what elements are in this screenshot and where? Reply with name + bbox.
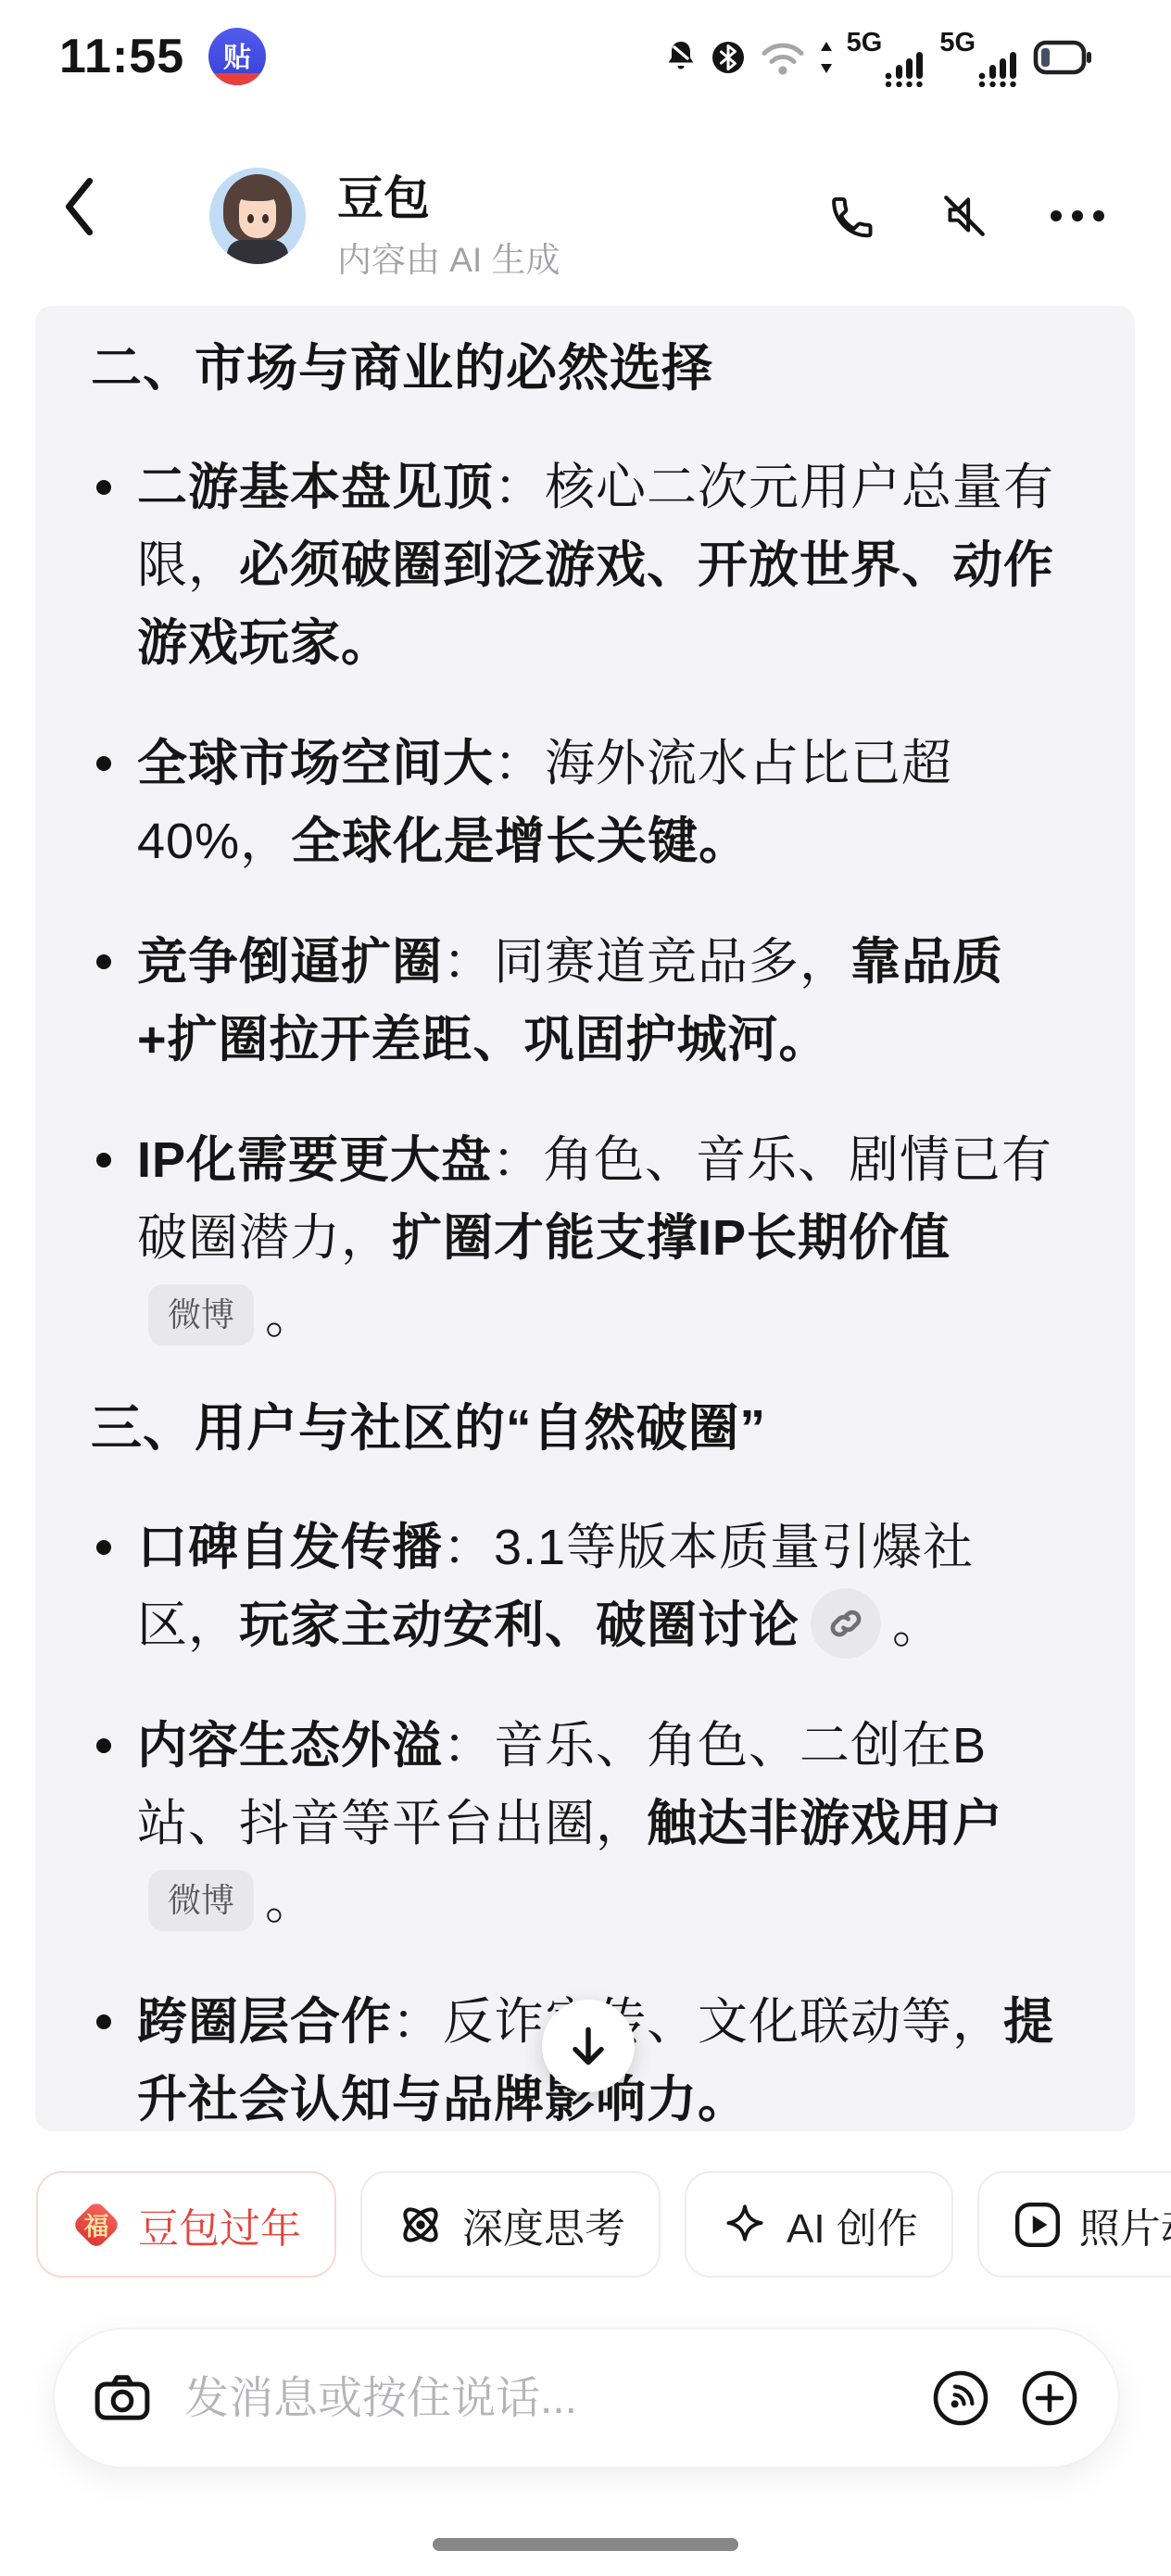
phone-icon — [826, 189, 880, 243]
bullet-lead-text: 全球化是增长关键。 — [291, 814, 749, 869]
bullet-item: 二游基本盘见顶：核心二次元用户总量有限，必须破圈到泛游戏、开放世界、动作游戏玩家… — [91, 448, 1073, 682]
chip-label: 豆包过年 — [138, 2195, 301, 2254]
bullet-lead-text: 内容生态外溢 — [137, 1718, 443, 1774]
bullet-text: 。 — [892, 1597, 943, 1653]
section-heading: 三、用户与社区的“自然破圈” — [91, 1397, 1089, 1458]
bullet-text: ：反诈宣传、文化联动等， — [392, 1994, 1003, 2050]
bullet-item: IP化需要更大盘：角色、音乐、剧情已有破圈潜力，扩圈才能支撑IP长期价值微博。 — [91, 1121, 1073, 1355]
bullet-lead-text: 触达非游戏用户 — [647, 1796, 1003, 1851]
status-bar: 11:55 贴 5G 5G — [0, 0, 1171, 111]
bullet-lead-text: 全球市场空间大 — [137, 736, 494, 791]
chat-title: 豆包 — [337, 172, 560, 224]
atom-icon — [396, 2200, 446, 2250]
source-badge[interactable]: 微博 — [148, 1284, 254, 1345]
bullet-lead-text: 口碑自发传播 — [137, 1520, 443, 1575]
voice-mode-button[interactable] — [931, 2368, 990, 2428]
back-button[interactable] — [57, 165, 102, 248]
chip-AI 创作[interactable]: AI 创作 — [685, 2171, 953, 2278]
bullet-lead-text: 必须破圈到泛游戏、开放世界、动作游戏玩家。 — [137, 537, 1054, 671]
chip-深度思考[interactable]: 深度思考 — [360, 2171, 661, 2278]
arrow-down-icon — [565, 2023, 611, 2069]
voice-wave-icon — [931, 2368, 990, 2428]
source-badge[interactable]: 微博 — [148, 1870, 254, 1931]
bullet-lead-text: 二游基本盘见顶 — [137, 460, 494, 515]
bullet-lead-text: 玩家主动安利、破圈讨论 — [239, 1597, 800, 1653]
chip-label: 深度思考 — [462, 2195, 625, 2254]
bullet-text: ：同赛道竞品多， — [443, 934, 850, 990]
data-arrows-icon — [820, 40, 833, 75]
avatar[interactable] — [209, 168, 306, 264]
bullet-text: 。 — [265, 1288, 316, 1344]
bullet-item: 全球市场空间大：海外流水占比已超40%，全球化是增长关键。 — [91, 725, 1073, 880]
bluetooth-icon — [711, 40, 746, 75]
bullet-lead-text: 竞争倒逼扩圈 — [137, 934, 443, 990]
quick-action-bar: 福豆包过年深度思考AI 创作照片动 — [36, 2171, 1171, 2281]
clock-time: 11:55 — [59, 29, 184, 84]
signal-sim2: 5G — [939, 28, 1019, 87]
fu-badge-icon: 福 — [71, 2200, 121, 2250]
bullet-item: 竞争倒逼扩圈：同赛道竞品多，靠品质+扩圈拉开差距、巩固护城河。 — [91, 923, 1073, 1079]
section-heading: 二、市场与商业的必然选择 — [91, 337, 1089, 398]
signal-sim1: 5G — [847, 28, 926, 87]
home-indicator[interactable] — [433, 2538, 738, 2551]
sparkle-icon — [720, 2202, 770, 2248]
chip-豆包过年[interactable]: 福豆包过年 — [36, 2171, 336, 2278]
ai-message-card: 二、市场与商业的必然选择二游基本盘见顶：核心二次元用户总量有限，必须破圈到泛游戏… — [35, 306, 1135, 2131]
chip-照片动[interactable]: 照片动 — [977, 2171, 1171, 2278]
wifi-icon — [760, 38, 806, 77]
notification-muted-icon — [665, 39, 697, 76]
link-icon[interactable] — [811, 1588, 881, 1659]
ellipsis-icon — [1049, 208, 1106, 223]
photo-play-icon — [1013, 2200, 1063, 2250]
tieba-app-badge: 贴 — [208, 28, 266, 85]
bullet-lead-text: 扩圈才能支撑IP长期价值 — [392, 1210, 951, 1266]
bullet-item: 口碑自发传播：3.1等版本质量引爆社区，玩家主动安利、破圈讨论。 — [91, 1509, 1073, 1664]
more-menu-button[interactable] — [1049, 208, 1106, 223]
add-attachment-button[interactable] — [1020, 2368, 1079, 2428]
plus-icon — [1020, 2368, 1079, 2428]
message-input[interactable] — [183, 2372, 931, 2425]
bullet-lead-text: IP化需要更大盘 — [137, 1132, 492, 1188]
bullet-list: 二游基本盘见顶：核心二次元用户总量有限，必须破圈到泛游戏、开放世界、动作游戏玩家… — [91, 448, 1089, 1355]
bullet-text: 。 — [265, 1874, 316, 1929]
message-input-bar — [53, 2328, 1120, 2469]
sound-off-button[interactable] — [938, 189, 991, 243]
battery-icon — [1033, 39, 1092, 76]
chat-header: 豆包 内容由 AI 生成 — [0, 111, 1171, 306]
sound-off-icon — [938, 189, 991, 243]
scroll-to-bottom-button[interactable] — [542, 2000, 635, 2092]
bullet-item: 内容生态外溢：音乐、角色、二创在B站、抖音等平台出圈，触达非游戏用户微博。 — [91, 1707, 1073, 1940]
voice-call-button[interactable] — [826, 189, 880, 243]
camera-icon — [94, 2373, 151, 2423]
chevron-left-icon — [57, 175, 100, 238]
chip-label: 照片动 — [1079, 2195, 1171, 2254]
chip-label: AI 创作 — [787, 2195, 918, 2254]
ai-disclaimer: 内容由 AI 生成 — [337, 232, 560, 282]
bullet-lead-text: 跨圈层合作 — [137, 1994, 392, 2050]
camera-button[interactable] — [94, 2373, 151, 2423]
